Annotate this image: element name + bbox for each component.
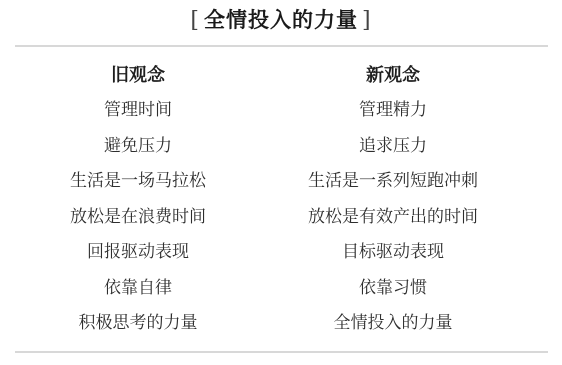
bottom-divider bbox=[15, 351, 548, 353]
old-concept-item: 依靠自律 bbox=[8, 271, 268, 307]
new-concept-item: 管理精力 bbox=[263, 93, 523, 129]
old-concepts-column: 旧观念 管理时间 避免压力 生活是一场马拉松 放松是在浪费时间 回报驱动表现 依… bbox=[8, 58, 268, 342]
new-concepts-header: 新观念 bbox=[263, 58, 523, 93]
left-bracket: [ bbox=[190, 8, 200, 33]
new-concept-item: 全情投入的力量 bbox=[263, 306, 523, 342]
new-concept-item: 生活是一系列短跑冲刺 bbox=[263, 164, 523, 200]
old-concept-item: 积极思考的力量 bbox=[8, 306, 268, 342]
right-bracket: ] bbox=[362, 8, 372, 33]
old-concept-item: 生活是一场马拉松 bbox=[8, 164, 268, 200]
old-concept-item: 回报驱动表现 bbox=[8, 235, 268, 271]
new-concept-item: 追求压力 bbox=[263, 129, 523, 165]
new-concept-item: 放松是有效产出的时间 bbox=[263, 200, 523, 236]
top-divider bbox=[15, 45, 548, 47]
title-text: 全情投入的力量 bbox=[204, 7, 358, 32]
new-concepts-column: 新观念 管理精力 追求压力 生活是一系列短跑冲刺 放松是有效产出的时间 目标驱动… bbox=[263, 58, 523, 342]
new-concept-item: 依靠习惯 bbox=[263, 271, 523, 307]
page-title: [全情投入的力量] bbox=[0, 4, 562, 37]
old-concept-item: 管理时间 bbox=[8, 93, 268, 129]
old-concepts-header: 旧观念 bbox=[8, 58, 268, 93]
old-concept-item: 放松是在浪费时间 bbox=[8, 200, 268, 236]
old-concept-item: 避免压力 bbox=[8, 129, 268, 165]
new-concept-item: 目标驱动表现 bbox=[263, 235, 523, 271]
